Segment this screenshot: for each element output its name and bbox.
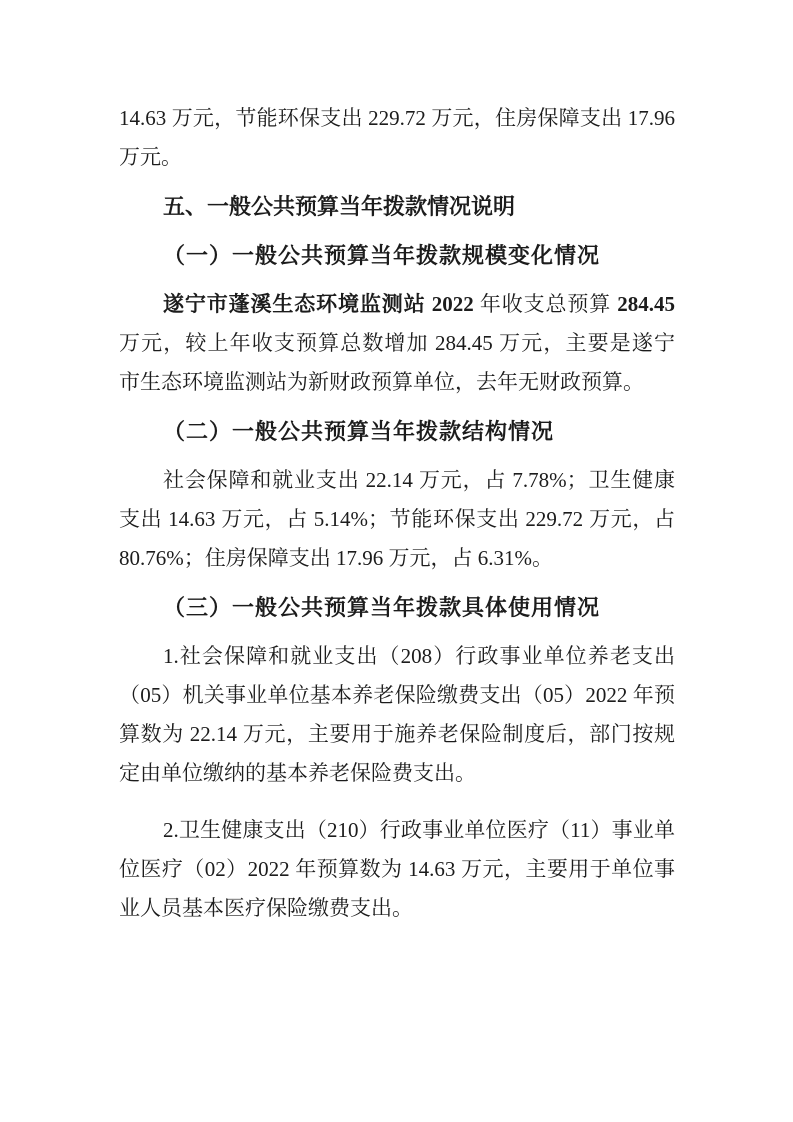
para-item-1-social-security-line-4: 定由单位缴纳的基本养老保险费支出。 (119, 754, 675, 793)
document-content: 14.63 万元，节能环保支出 229.72 万元，住房保障支出 17.96万元… (119, 99, 675, 938)
para-structure-line-1: 社会保障和就业支出 22.14 万元，占 7.78%；卫生健康 (119, 461, 675, 500)
section-5-heading: 五、一般公共预算当年拨款情况说明 (119, 187, 675, 226)
bold-text-run: 遂宁市蓬溪生态环境监测站 (163, 292, 426, 316)
para-structure-line-3: 80.76%；住房保障支出 17.96 万元，占 6.31%。 (119, 539, 675, 578)
text-run: 年收支总预算 (474, 292, 618, 316)
subsection-2-heading-line-1: （二）一般公共预算当年拨款结构情况 (119, 412, 675, 451)
para-item-1-social-security-line-3: 算数为 22.14 万元，主要用于施养老保险制度后，部门按规 (119, 715, 675, 754)
para-previous-section-tail-line-1: 14.63 万元，节能环保支出 229.72 万元，住房保障支出 17.96 (119, 99, 675, 138)
para-item-2-health-line-1: 2.卫生健康支出（210）行政事业单位医疗（11）事业单 (119, 811, 675, 850)
para-item-2-health: 2.卫生健康支出（210）行政事业单位医疗（11）事业单位医疗（02）2022 … (119, 811, 675, 928)
para-previous-section-tail-line-2: 万元。 (119, 138, 675, 177)
para-item-2-health-line-3: 业人员基本医疗保险缴费支出。 (119, 889, 675, 928)
subsection-1-heading: （一）一般公共预算当年拨款规模变化情况 (119, 236, 675, 275)
subsection-3-heading-line-1: （三）一般公共预算当年拨款具体使用情况 (119, 588, 675, 627)
para-item-1-social-security-line-2: （05）机关事业单位基本养老保险缴费支出（05）2022 年预 (119, 676, 675, 715)
bold-text-run: 284.45 (617, 292, 675, 316)
subsection-2-heading: （二）一般公共预算当年拨款结构情况 (119, 412, 675, 451)
para-scale-change-line-1: 遂宁市蓬溪生态环境监测站 2022 年收支总预算 284.45 (119, 285, 675, 324)
para-scale-change: 遂宁市蓬溪生态环境监测站 2022 年收支总预算 284.45万元，较上年收支预… (119, 285, 675, 402)
para-scale-change-line-3: 市生态环境监测站为新财政预算单位，去年无财政预算。 (119, 363, 675, 402)
section-5-heading-line-1: 五、一般公共预算当年拨款情况说明 (119, 187, 675, 226)
para-previous-section-tail: 14.63 万元，节能环保支出 229.72 万元，住房保障支出 17.96万元… (119, 99, 675, 177)
para-structure-line-2: 支出 14.63 万元，占 5.14%；节能环保支出 229.72 万元，占 (119, 500, 675, 539)
para-item-1-social-security: 1.社会保障和就业支出（208）行政事业单位养老支出（05）机关事业单位基本养老… (119, 637, 675, 793)
para-item-2-health-line-2: 位医疗（02）2022 年预算数为 14.63 万元，主要用于单位事 (119, 850, 675, 889)
para-scale-change-line-2: 万元，较上年收支预算总数增加 284.45 万元，主要是遂宁 (119, 324, 675, 363)
bold-text-run: 2022 (432, 292, 474, 316)
para-item-1-social-security-line-1: 1.社会保障和就业支出（208）行政事业单位养老支出 (119, 637, 675, 676)
document-page: 14.63 万元，节能环保支出 229.72 万元，住房保障支出 17.96万元… (0, 0, 793, 1122)
para-structure: 社会保障和就业支出 22.14 万元，占 7.78%；卫生健康支出 14.63 … (119, 461, 675, 578)
subsection-3-heading: （三）一般公共预算当年拨款具体使用情况 (119, 588, 675, 627)
subsection-1-heading-line-1: （一）一般公共预算当年拨款规模变化情况 (119, 236, 675, 275)
